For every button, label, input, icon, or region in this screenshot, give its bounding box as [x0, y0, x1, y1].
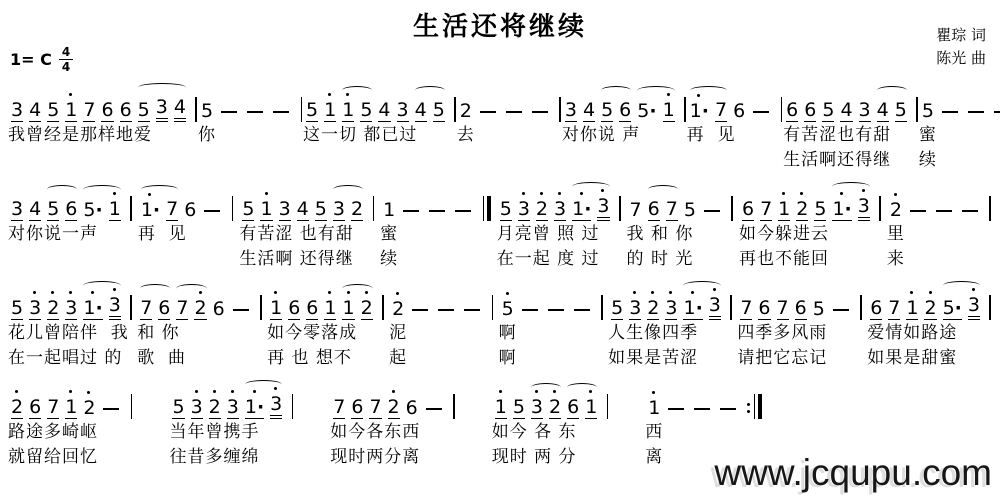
barline	[729, 196, 733, 221]
notes-row: 34565·1	[562, 90, 687, 122]
measure: 53231·3人生像四季如果是苦涩	[608, 288, 733, 370]
barline-thin	[453, 394, 455, 419]
music-system-2: 34565·1对你说一声1·76再 见5134532有苦涩 也有甜生活啊 还得继…	[8, 189, 992, 271]
barline-thin	[454, 97, 456, 122]
slur-group: 61	[564, 396, 600, 419]
barline-thick	[758, 394, 762, 419]
lyrics-line-1: 人生像四季	[608, 322, 733, 345]
note: 3	[156, 96, 168, 122]
lyrics-line-1: 再 见	[687, 124, 784, 147]
notes-row: 53231·3	[169, 387, 294, 419]
octave-dot	[69, 93, 72, 96]
dash	[464, 309, 480, 311]
measure: 2里来	[887, 189, 992, 271]
notes-row: 153261	[492, 387, 610, 419]
dash	[426, 408, 442, 410]
octave-dot	[69, 390, 72, 393]
octave-dot	[274, 291, 277, 294]
lyrics-line-2: 起	[389, 347, 494, 370]
barline	[258, 295, 262, 320]
note: 5	[601, 99, 613, 122]
lyrics-line-1: 路途多崎岖	[8, 421, 133, 444]
notes-row: 53231·3	[8, 288, 133, 320]
composer-credit: 陈光 曲	[936, 47, 986, 70]
octave-dot	[33, 291, 36, 294]
slur-group: 72	[173, 297, 209, 320]
octave-dot	[558, 192, 561, 195]
note: 6	[619, 99, 631, 122]
lyrics-line-2: 生活啊还得继	[783, 149, 919, 172]
barline	[914, 97, 918, 122]
lyrics-line-2: 往昔多缠绵	[169, 446, 294, 469]
note: 3	[665, 297, 677, 320]
note: 3	[554, 198, 566, 221]
barline-thin	[492, 295, 494, 320]
credits: 瞿琮 词 陈光 曲	[936, 24, 986, 70]
lyrics-line-2: 就留给回忆	[8, 446, 133, 469]
lyrics-line-1: 和 你	[137, 322, 262, 345]
octave-dot	[972, 288, 975, 291]
measure: 1蜜续	[380, 189, 492, 271]
note: 1·	[572, 198, 591, 221]
notes-row: 2	[389, 288, 494, 320]
lyrics-line-1: 这一切 都已过	[303, 124, 457, 147]
octave-dot	[365, 291, 368, 294]
barline-thin	[754, 394, 756, 419]
barline-thin	[130, 196, 132, 221]
measure: 7675我 和 你的 时 光	[627, 189, 734, 271]
note: 5	[242, 198, 254, 221]
barline-thin	[730, 295, 732, 320]
notes-row: 6654345	[783, 90, 919, 122]
dash	[273, 111, 289, 113]
slur-group: 67	[645, 198, 681, 221]
barline	[298, 97, 302, 122]
note: 4	[415, 99, 427, 122]
barline-thin	[860, 295, 862, 320]
barline	[987, 295, 991, 320]
note: 6	[795, 297, 807, 320]
note: 3	[565, 99, 577, 122]
note: 2	[392, 298, 404, 320]
octave-dot	[522, 192, 525, 195]
note: 5	[684, 199, 696, 221]
lyrics-line-1: 如今躲进云	[739, 223, 882, 246]
note: 6	[158, 297, 170, 320]
note: 4	[29, 198, 41, 221]
dash	[720, 408, 736, 410]
lyrics-line-1: 对你说一声	[8, 223, 133, 246]
barline-thin	[879, 196, 881, 221]
note: 5	[822, 99, 834, 122]
note: 4	[29, 99, 41, 122]
key-tonic: 1= C	[10, 50, 52, 69]
dash	[753, 111, 769, 113]
notes-row: 76726	[330, 387, 455, 419]
dash	[480, 111, 496, 113]
lyrics-line-1: 对你说 声	[562, 124, 687, 147]
barline	[452, 97, 456, 122]
note: 7	[630, 199, 642, 221]
measure: 53231·3花儿曾陪伴 我在一起唱过 的	[8, 288, 133, 370]
barline	[604, 394, 608, 419]
lyrics-line-1: 我曾经是那样地爱	[8, 124, 198, 147]
notes-row: 1·76	[138, 189, 235, 221]
slur-group: 1·3	[569, 195, 612, 221]
lyrics-line-2: 续	[380, 248, 492, 271]
octave-dot	[667, 93, 670, 96]
note: 6	[306, 297, 318, 320]
octave-dot	[894, 193, 897, 196]
barline	[778, 97, 782, 122]
notes-row: 1	[645, 387, 763, 419]
note: 5	[814, 198, 826, 221]
note: 6	[288, 297, 300, 320]
lyricist-credit: 瞿琮 词	[936, 24, 986, 47]
lyrics-line-2: 来	[887, 248, 992, 271]
lyrics-line-2: 在一起 度 过	[497, 248, 622, 271]
augmentation-dot: ·	[95, 297, 102, 319]
octave-dot	[652, 391, 655, 394]
lyrics-line-1: 四季多风雨	[737, 322, 862, 345]
lyrics-line-1: 西	[645, 421, 763, 444]
note: 2	[549, 396, 561, 419]
octave-dot	[910, 291, 913, 294]
measure: 3451766534我曾经是那样地爱	[8, 90, 198, 172]
notes-row: 53231·3	[497, 189, 622, 221]
octave-dot	[265, 192, 268, 195]
time-signature-bottom: 4	[59, 61, 73, 73]
lyrics-line-1: 泥	[389, 322, 494, 345]
note: 5	[138, 99, 150, 122]
octave-dot	[697, 94, 700, 97]
lyrics-line-1: 再 见	[138, 223, 235, 246]
dash	[694, 408, 710, 410]
measure: 671251·3如今躲进云再也不能回	[739, 189, 882, 271]
note: 5	[611, 297, 623, 320]
barline	[987, 196, 991, 221]
note: 3	[597, 195, 609, 221]
note: 2	[536, 198, 548, 221]
note: 2	[460, 100, 472, 122]
lyrics-line-1: 蜜	[919, 124, 1000, 147]
lyrics-line-1: 当年曾携手	[169, 421, 294, 444]
note: 5	[11, 297, 23, 320]
note: 4	[297, 198, 309, 221]
lyrics-line-2: 生活啊 还得继	[239, 248, 375, 271]
note: 1	[648, 397, 660, 419]
note: 5	[47, 99, 59, 122]
octave-dot	[580, 192, 583, 195]
octave-dot	[929, 291, 932, 294]
note: 3	[227, 396, 239, 419]
notes-row: 166112	[267, 288, 385, 320]
octave-dot	[589, 390, 592, 393]
slur-group: 1·3	[829, 195, 872, 221]
note: 1	[109, 198, 121, 221]
sheet-music-page: { "title": "生活还将继续", "key_signature": { …	[0, 0, 1000, 496]
octave-dot	[51, 291, 54, 294]
note: 1	[65, 396, 77, 419]
measure: 6654345有苦涩也有甜生活啊还得继	[783, 90, 919, 172]
slur-group: 5·1	[634, 99, 677, 122]
octave-dot	[800, 192, 803, 195]
octave-dot	[15, 390, 18, 393]
barline	[858, 295, 862, 320]
note: 4	[378, 99, 390, 122]
dash	[910, 210, 926, 212]
music-system-3: 53231·3花儿曾陪伴 我在一起唱过 的76726和 你歌 曲166112如今…	[8, 288, 992, 370]
key-signature: 1= C 4 4	[10, 46, 73, 73]
note: 5	[500, 198, 512, 221]
note: 7	[369, 396, 381, 419]
barline-thin	[989, 295, 991, 320]
lyrics-line-2: 现时两分离	[330, 446, 455, 469]
barline-thick	[487, 196, 491, 221]
dash	[994, 111, 1000, 113]
barline	[370, 196, 374, 221]
barline	[557, 97, 561, 122]
dash	[247, 111, 263, 113]
note: 3	[629, 297, 641, 320]
note: 2	[796, 198, 808, 221]
octave-dot	[396, 292, 399, 295]
octave-dot	[535, 390, 538, 393]
barline	[380, 295, 384, 320]
notes-row: 51154345	[303, 90, 457, 122]
octave-dot	[91, 291, 94, 294]
note: 6	[120, 99, 132, 122]
repeat-dots	[747, 403, 750, 413]
dash	[548, 309, 564, 311]
barline-thin	[731, 196, 733, 221]
slur-group: 1·3	[80, 294, 123, 320]
barline-thin	[382, 295, 384, 320]
barline-thin	[989, 196, 991, 221]
note: 7	[166, 198, 178, 221]
lyrics-line-2: 歌 曲	[137, 347, 262, 370]
note: 1	[906, 297, 918, 320]
lyrics-line-2: 的 时 光	[627, 248, 734, 271]
octave-dot	[231, 390, 234, 393]
lyrics-line-2: 再 也 想不	[267, 347, 385, 370]
note: 1·	[832, 198, 851, 221]
dash	[532, 111, 548, 113]
measure: 51154345这一切 都已过	[303, 90, 457, 172]
note: 4	[174, 96, 186, 122]
slur-group: 1·3	[680, 294, 723, 320]
measure: 166112如今零落成再 也 想不	[267, 288, 385, 370]
measure: 34565·1对你说 声	[562, 90, 687, 172]
octave-dot	[840, 192, 843, 195]
octave-dot	[113, 192, 116, 195]
octave-dot	[862, 189, 865, 192]
barline	[728, 295, 732, 320]
note: 6	[29, 396, 41, 419]
barline-thin	[195, 97, 197, 122]
octave-dot	[274, 387, 277, 390]
lyrics-line-1: 你	[198, 124, 303, 147]
dash	[936, 210, 952, 212]
measure: 76726和 你歌 曲	[137, 288, 262, 370]
note: 3	[531, 396, 543, 419]
note: 3	[397, 99, 409, 122]
note: 7	[777, 297, 789, 320]
octave-dot	[651, 291, 654, 294]
note: 3	[191, 396, 203, 419]
note: 7	[715, 99, 727, 122]
barline	[877, 196, 881, 221]
note: 6	[733, 100, 745, 122]
note: 6	[567, 396, 579, 419]
measure: 5134532有苦涩 也有甜生活啊 还得继	[239, 189, 375, 271]
barline-thin	[130, 295, 132, 320]
note: 6	[406, 397, 418, 419]
note: 3	[968, 294, 980, 320]
notes-row: 1·76	[687, 90, 784, 122]
repeat-dot	[747, 403, 750, 406]
note: 7	[888, 297, 900, 320]
note: 1	[342, 297, 354, 320]
barline-thin	[301, 97, 303, 122]
note: 6	[648, 198, 660, 221]
slur-group: 5·1	[80, 198, 123, 221]
octave-dot	[328, 291, 331, 294]
note: 6	[65, 198, 77, 221]
note: 3	[518, 198, 530, 221]
octave-dot	[195, 390, 198, 393]
note: 7	[333, 396, 345, 419]
slur-group: 32	[330, 198, 366, 221]
notes-row: 67125·3	[867, 288, 992, 320]
barline-thin	[559, 97, 561, 122]
augmentation-dot: ·	[696, 297, 703, 319]
note: 1	[585, 396, 597, 419]
song-title: 生活还将继续	[0, 6, 1000, 43]
augmentation-dot: ·	[649, 100, 656, 122]
octave-dot	[553, 390, 556, 393]
notes-row: 53231·3	[608, 288, 733, 320]
octave-dot	[213, 390, 216, 393]
augmentation-dot: ·	[955, 297, 962, 319]
note: 6	[758, 297, 770, 320]
barline	[489, 295, 493, 320]
note: 3	[709, 294, 721, 320]
dash	[962, 210, 978, 212]
slur-group: 56	[598, 99, 634, 122]
barline	[599, 295, 603, 320]
measure: 5蜜续	[919, 90, 1000, 172]
barline-thin	[916, 97, 918, 122]
dash	[668, 408, 684, 410]
slur-group: 76	[137, 297, 173, 320]
lyrics-line-2: 啊	[499, 347, 604, 370]
dash	[704, 210, 720, 212]
lyrics-line-2: 续	[919, 149, 1000, 172]
barline	[617, 196, 621, 221]
notes-row: 5	[919, 90, 1000, 122]
augmentation-dot: ·	[95, 199, 102, 221]
note: 5	[922, 100, 934, 122]
lyrics-line-2: 如果是甜蜜	[867, 347, 992, 370]
measure: 153261如今 各 东现时 两 分	[492, 387, 610, 469]
lyrics-line-2: 现时 两 分	[492, 446, 610, 469]
lyrics-line-1: 花儿曾陪伴 我	[8, 322, 133, 345]
note: 1·	[245, 396, 264, 419]
barline	[193, 97, 197, 122]
slur-group: 32	[528, 396, 564, 419]
notes-row: 2	[457, 90, 562, 122]
measure: 53231·3月亮曾 照 过在一起 度 过	[497, 189, 622, 271]
octave-dot	[633, 291, 636, 294]
notes-row: 26712	[8, 387, 133, 419]
note: 4	[877, 99, 889, 122]
dash	[412, 309, 428, 311]
octave-dot	[346, 93, 349, 96]
octave-dot	[253, 390, 256, 393]
octave-dot	[328, 93, 331, 96]
note: 3	[11, 99, 23, 122]
dash	[204, 210, 220, 212]
barline-thin	[619, 196, 621, 221]
slur-group: 45	[412, 99, 448, 122]
slur-group: 45	[874, 99, 910, 122]
note: 1	[324, 297, 336, 320]
note: 2	[194, 297, 206, 320]
note: 5	[813, 298, 825, 320]
octave-dot	[669, 291, 672, 294]
note: 5	[172, 396, 184, 419]
notes-row: 5	[198, 90, 303, 122]
repeat-dot	[747, 410, 750, 413]
note: 5	[306, 99, 318, 122]
lyrics-line-1: 爱情如路途	[867, 322, 992, 345]
note: 7	[176, 297, 188, 320]
measure: 26712路途多崎岖就留给回忆	[8, 387, 133, 469]
barline	[128, 295, 132, 320]
slur-group: 1·3	[242, 393, 285, 419]
note: 5	[201, 100, 213, 122]
note: 2	[924, 297, 936, 320]
octave-dot	[113, 288, 116, 291]
measure: 76765四季多风雨请把它忘记	[737, 288, 862, 370]
lyrics-line-1: 里	[887, 223, 992, 246]
octave-dot	[347, 291, 350, 294]
note: 5	[315, 198, 327, 221]
note: 7	[140, 297, 152, 320]
note: 7	[760, 198, 772, 221]
barline-thin	[373, 196, 375, 221]
note: 2	[209, 396, 221, 419]
measure: 2去	[457, 90, 562, 172]
note: 5	[895, 99, 907, 122]
note: 3	[279, 198, 291, 221]
barline-thin	[781, 97, 783, 122]
time-signature-top: 4	[59, 46, 73, 60]
note: 7	[47, 396, 59, 419]
notes-row: 3451766534	[8, 90, 198, 122]
note: 1·	[683, 297, 702, 320]
note: 3	[858, 195, 870, 221]
octave-dot	[782, 192, 785, 195]
barline	[289, 394, 293, 419]
note: 2	[388, 396, 400, 419]
note: 5	[433, 99, 445, 122]
note: 6	[804, 99, 816, 122]
augmentation-dot: ·	[584, 198, 591, 220]
note: 1	[778, 198, 790, 221]
barline	[128, 394, 132, 419]
